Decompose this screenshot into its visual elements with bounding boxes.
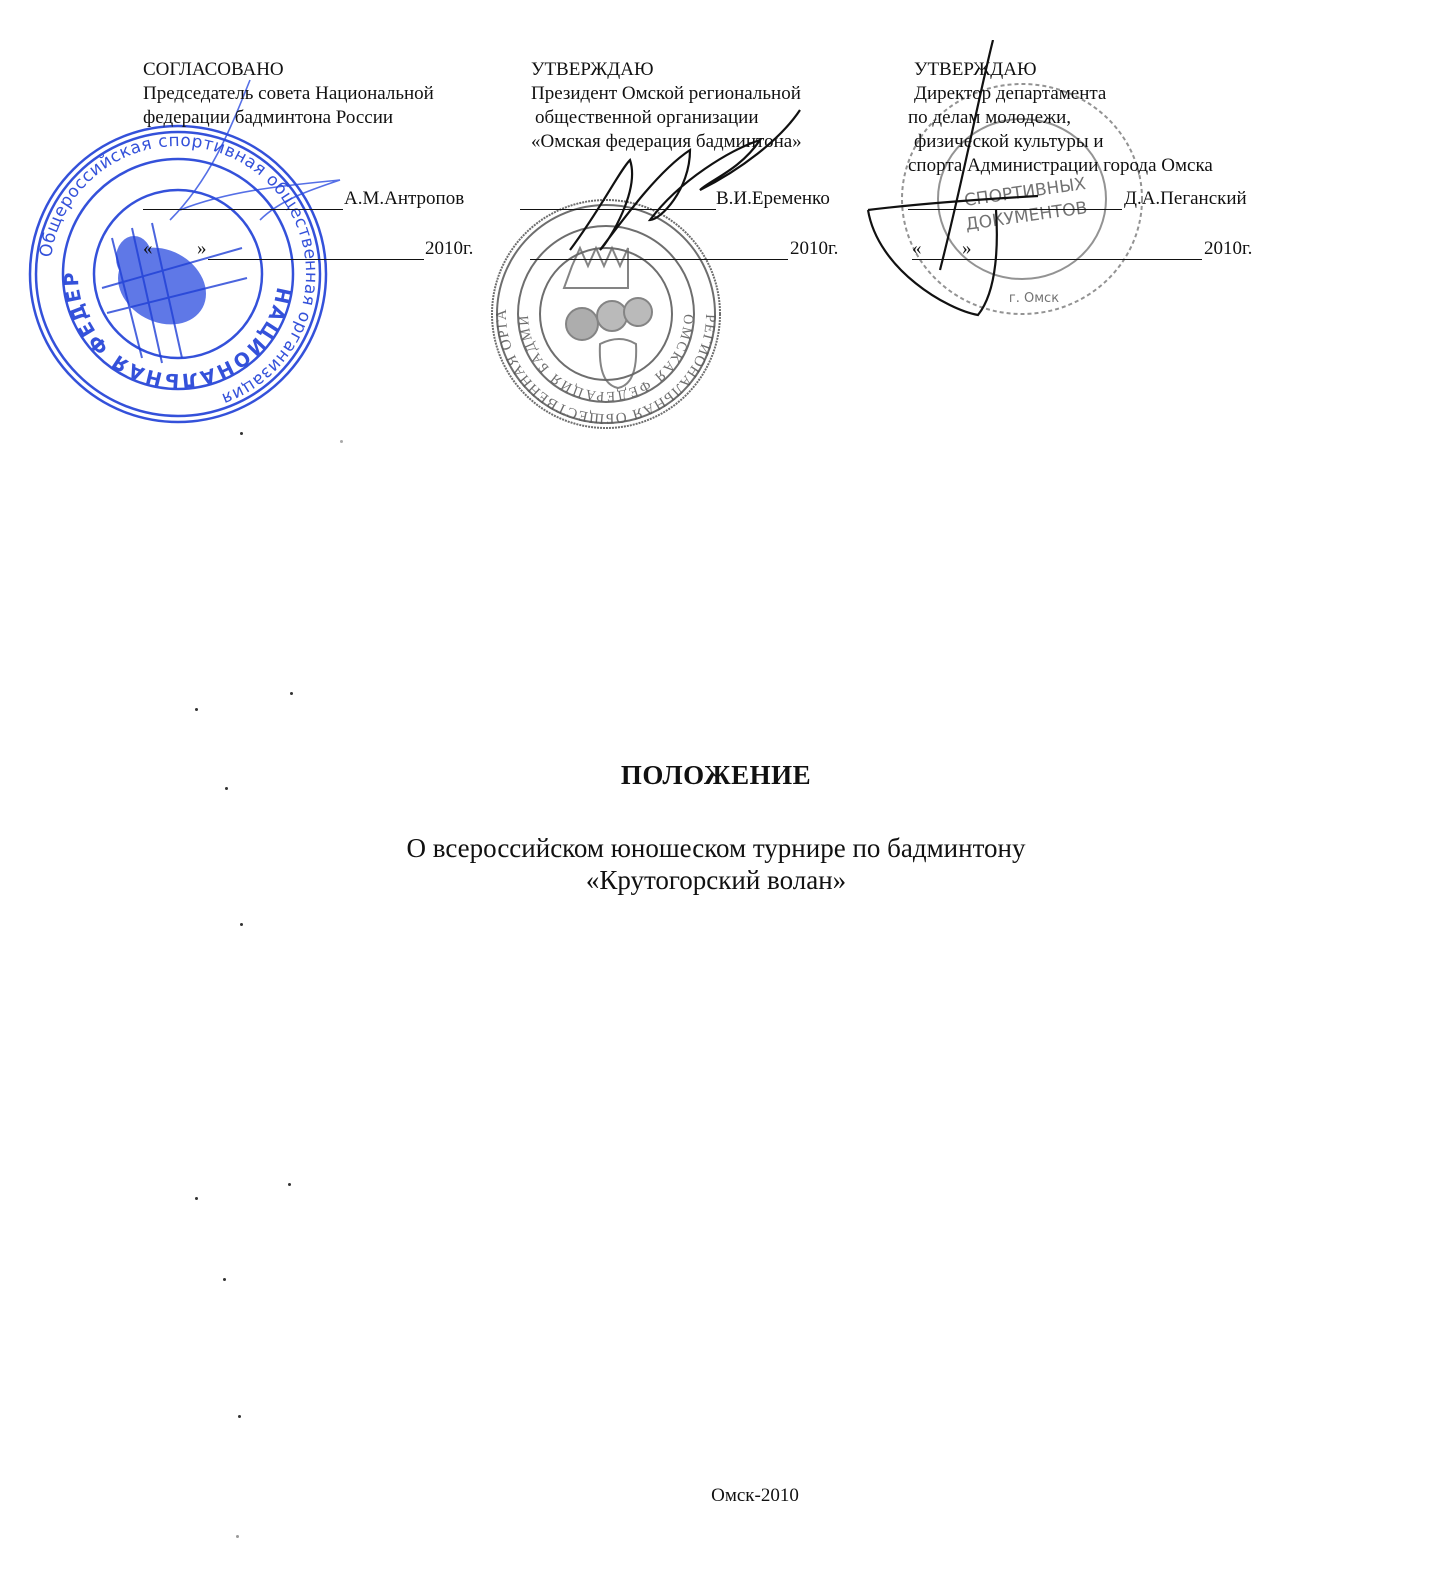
scan-speck (240, 432, 243, 435)
date-close-quote: » (962, 238, 972, 260)
approval-position-line: Директор департамента (908, 82, 1213, 106)
svg-text:СПОРТИВНЫХ: СПОРТИВНЫХ (963, 174, 1087, 211)
approval-position-line: по делам молодежи, (908, 106, 1213, 130)
approval-heading: УТВЕРЖДАЮ (908, 58, 1213, 82)
signature-line (908, 209, 1122, 210)
scan-speck (223, 1278, 226, 1281)
svg-text:НАЦИОНАЛЬНАЯ ФЕДЕРАЦИЯ БАДМИНТ: НАЦИОНАЛЬНАЯ ФЕДЕРАЦИЯ БАДМИНТОНА РОССИИ (22, 118, 294, 391)
svg-text:г. Омск: г. Омск (1009, 291, 1059, 306)
approval-position-line: федерации бадминтона России (143, 106, 434, 130)
approval-position-line: «Омская федерация бадминтона» (531, 130, 802, 154)
scan-speck (240, 923, 243, 926)
document-subtitle: О всероссийском юношеском турнире по бад… (0, 832, 1432, 896)
signer-name: В.И.Еременко (716, 188, 830, 210)
scan-speck (195, 1197, 198, 1200)
approval-block-approve-president: УТВЕРЖДАЮ Президент Омской региональной … (531, 58, 802, 154)
subtitle-line: О всероссийском юношеском турнире по бад… (0, 832, 1432, 864)
approval-position-line: спорта Администрации города Омска (908, 154, 1213, 178)
scan-speck (290, 692, 293, 695)
signature-line (520, 209, 716, 210)
signer-name: А.М.Антропов (344, 188, 464, 210)
date-year: 2010г. (1204, 238, 1252, 260)
date-year: 2010г. (425, 238, 473, 260)
svg-text:Общероссийская спортивная обще: Общероссийская спортивная общественная о… (36, 131, 321, 409)
approval-block-agreed: СОГЛАСОВАНО Председатель совета Национал… (143, 58, 434, 130)
signer-name: Д.А.Пеганский (1124, 188, 1247, 210)
scan-speck (238, 1415, 241, 1418)
date-open-quote: « (143, 238, 153, 260)
svg-text:ОМСКАЯ ФЕДЕРАЦИЯ БАДМИНТОНА: ОМСКАЯ ФЕДЕРАЦИЯ БАДМИНТОНА (488, 196, 695, 403)
approval-heading: СОГЛАСОВАНО (143, 58, 434, 82)
nfbr-seal-stamp: Общероссийская спортивная общественная о… (22, 118, 334, 430)
svg-text:ДОКУМЕНТОВ: ДОКУМЕНТОВ (964, 198, 1088, 235)
approval-position-line: физической культуры и (908, 130, 1213, 154)
document-title: ПОЛОЖЕНИЕ (0, 760, 1432, 791)
date-line (912, 259, 1202, 260)
date-line (530, 259, 788, 260)
approval-position-line: Председатель совета Национальной (143, 82, 434, 106)
svg-text:РЕГИОНАЛЬНАЯ ОБЩЕСТВЕННАЯ ОРГА: РЕГИОНАЛЬНАЯ ОБЩЕСТВЕННАЯ ОРГАНИЗАЦИЯ (488, 196, 718, 426)
scan-speck (236, 1535, 239, 1538)
subtitle-line: «Крутогорский волан» (0, 864, 1432, 896)
date-line (208, 259, 424, 260)
approval-heading: УТВЕРЖДАЮ (531, 58, 802, 82)
approval-position-line: общественной организации (531, 106, 802, 130)
scan-speck (340, 440, 343, 443)
scan-speck (288, 1183, 291, 1186)
signature-line (143, 209, 343, 210)
approval-position-line: Президент Омской региональной (531, 82, 802, 106)
date-open-quote: « (912, 238, 922, 260)
approval-block-approve-director: УТВЕРЖДАЮ Директор департамента по делам… (908, 58, 1213, 178)
scan-speck (195, 708, 198, 711)
date-year: 2010г. (790, 238, 838, 260)
date-close-quote: » (197, 238, 207, 260)
omsk-federation-seal-stamp: РЕГИОНАЛЬНАЯ ОБЩЕСТВЕННАЯ ОРГАНИЗАЦИЯ ОМ… (488, 196, 724, 432)
scan-speck (225, 787, 228, 790)
place-and-year: Омск-2010 (0, 1485, 1455, 1507)
